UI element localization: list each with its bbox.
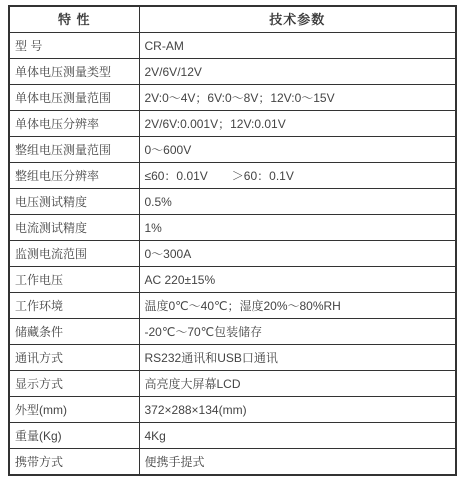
feature-cell: 储藏条件 (9, 319, 139, 345)
table-row: 单体电压分辨率2V/6V:0.001V；12V:0.01V (9, 111, 456, 137)
param-cell: 2V/6V/12V (139, 59, 456, 85)
feature-cell: 单体电压分辨率 (9, 111, 139, 137)
table-row: 工作电压AC 220±15% (9, 267, 456, 293)
column-header-params: 技术参数 (139, 6, 456, 33)
table-row: 单体电压测量范围2V:0～4V；6V:0～8V；12V:0～15V (9, 85, 456, 111)
table-row: 储藏条件-20℃～70℃包装储存 (9, 319, 456, 345)
feature-cell: 电压测试精度 (9, 189, 139, 215)
table-row: 单体电压测量类型2V/6V/12V (9, 59, 456, 85)
feature-cell: 整组电压测量范围 (9, 137, 139, 163)
spec-sheet-page: 特 性 技术参数 型 号CR-AM单体电压测量类型2V/6V/12V单体电压测量… (0, 0, 468, 481)
feature-cell: 整组电压分辨率 (9, 163, 139, 189)
table-row: 显示方式高亮度大屏幕LCD (9, 371, 456, 397)
feature-cell: 电流测试精度 (9, 215, 139, 241)
feature-cell: 外型(mm) (9, 397, 139, 423)
table-row: 整组电压分辨率≤60：0.01V ＞60：0.1V (9, 163, 456, 189)
table-row: 携带方式便携手提式 (9, 449, 456, 476)
param-cell: 372×288×134(mm) (139, 397, 456, 423)
param-cell: 4Kg (139, 423, 456, 449)
feature-cell: 型 号 (9, 33, 139, 59)
feature-cell: 显示方式 (9, 371, 139, 397)
feature-cell: 工作环境 (9, 293, 139, 319)
param-cell: CR-AM (139, 33, 456, 59)
param-cell: RS232通讯和USB口通讯 (139, 345, 456, 371)
param-cell: 便携手提式 (139, 449, 456, 476)
feature-cell: 工作电压 (9, 267, 139, 293)
param-cell: 0～300A (139, 241, 456, 267)
table-row: 电压测试精度0.5% (9, 189, 456, 215)
param-cell: 温度0℃～40℃；湿度20%～80%RH (139, 293, 456, 319)
spec-table: 特 性 技术参数 型 号CR-AM单体电压测量类型2V/6V/12V单体电压测量… (8, 5, 457, 476)
param-cell: 高亮度大屏幕LCD (139, 371, 456, 397)
table-row: 工作环境温度0℃～40℃；湿度20%～80%RH (9, 293, 456, 319)
table-row: 监测电流范围0～300A (9, 241, 456, 267)
feature-cell: 监测电流范围 (9, 241, 139, 267)
column-header-feature: 特 性 (9, 6, 139, 33)
feature-cell: 重量(Kg) (9, 423, 139, 449)
table-row: 通讯方式RS232通讯和USB口通讯 (9, 345, 456, 371)
feature-cell: 通讯方式 (9, 345, 139, 371)
table-row: 整组电压测量范围0～600V (9, 137, 456, 163)
table-row: 重量(Kg)4Kg (9, 423, 456, 449)
param-cell: AC 220±15% (139, 267, 456, 293)
table-row: 型 号CR-AM (9, 33, 456, 59)
param-cell: -20℃～70℃包装储存 (139, 319, 456, 345)
param-cell: 1% (139, 215, 456, 241)
feature-cell: 携带方式 (9, 449, 139, 476)
header-row: 特 性 技术参数 (9, 6, 456, 33)
feature-cell: 单体电压测量类型 (9, 59, 139, 85)
table-row: 外型(mm)372×288×134(mm) (9, 397, 456, 423)
param-cell: 2V/6V:0.001V；12V:0.01V (139, 111, 456, 137)
param-cell: ≤60：0.01V ＞60：0.1V (139, 163, 456, 189)
feature-cell: 单体电压测量范围 (9, 85, 139, 111)
param-cell: 0.5% (139, 189, 456, 215)
table-row: 电流测试精度1% (9, 215, 456, 241)
param-cell: 2V:0～4V；6V:0～8V；12V:0～15V (139, 85, 456, 111)
param-cell: 0～600V (139, 137, 456, 163)
